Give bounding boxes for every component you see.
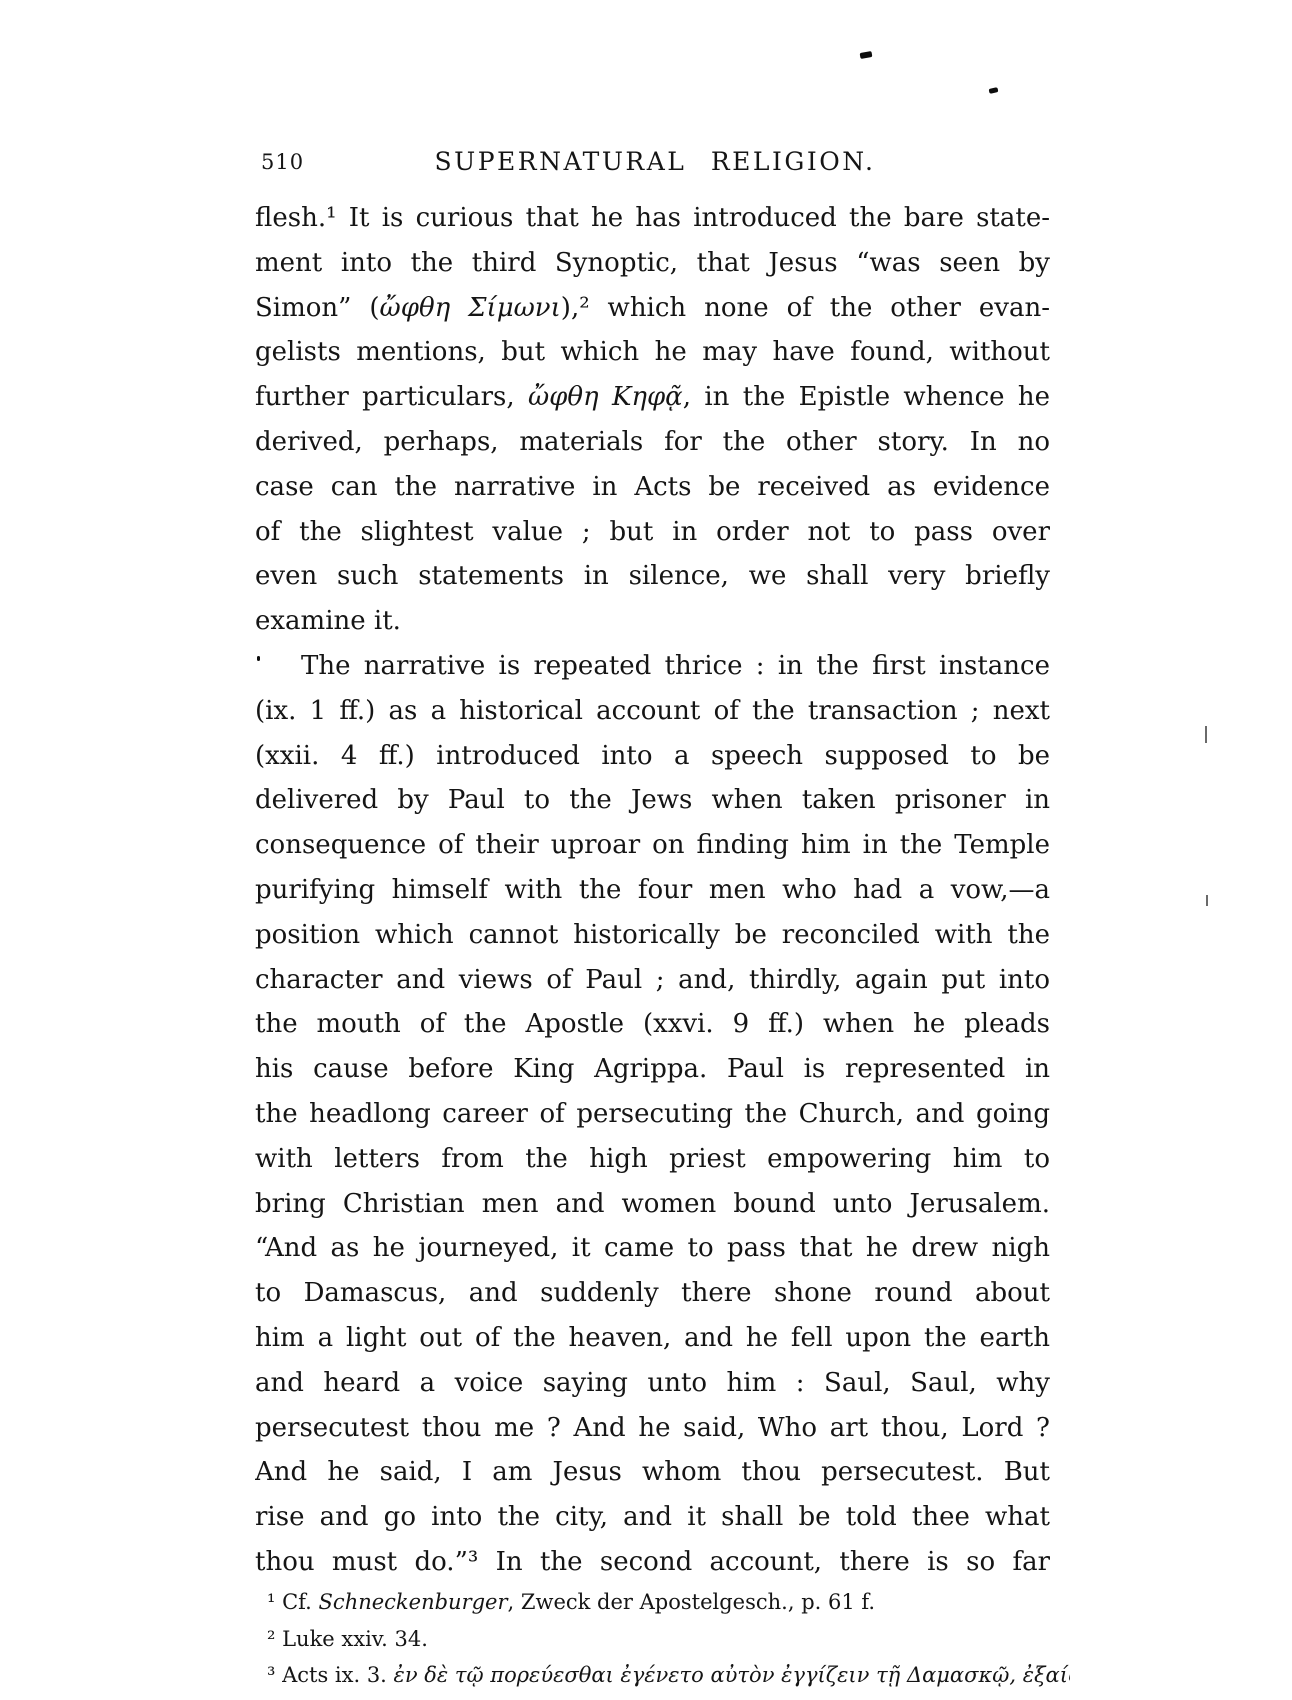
text-segment: with letters from the high priest empowe…: [255, 1144, 1050, 1174]
text-segment: and heard a voice saying unto him : Saul…: [255, 1368, 1050, 1398]
text-line: The narrative is repeated thrice : in th…: [255, 644, 1050, 689]
text-line: his cause before King Agrippa. Paul is r…: [255, 1047, 1050, 1092]
text-segment: purifying himself with the four men who …: [255, 875, 1050, 905]
text-segment: Simon” (: [255, 293, 380, 323]
text-segment: further particulars,: [255, 382, 528, 412]
text-line: position which cannot historically be re…: [255, 913, 1050, 958]
text-line: case can the narrative in Acts be receiv…: [255, 465, 1050, 510]
text-line: delivered by Paul to the Jews when taken…: [255, 778, 1050, 823]
text-line: (xxii. 4 ff.) introduced into a speech s…: [255, 734, 1050, 779]
text-line: And he said, I am Jesus whom thou persec…: [255, 1450, 1050, 1495]
text-segment: examine it.: [255, 606, 401, 636]
text-segment: consequence of their uproar on finding h…: [255, 830, 1050, 860]
text-segment: case can the narrative in Acts be receiv…: [255, 472, 1050, 502]
text-line: consequence of their uproar on finding h…: [255, 823, 1050, 868]
text-line: of the slightest value ; but in order no…: [255, 510, 1050, 555]
text-segment: And he said, I am Jesus whom thou persec…: [255, 1457, 1050, 1487]
text-line: bring Christian men and women bound unto…: [255, 1182, 1050, 1227]
text-line: and heard a voice saying unto him : Saul…: [255, 1361, 1050, 1406]
text-segment: ² Luke xxiv. 34.: [267, 1627, 428, 1651]
text-segment: ment into the third Synoptic, that Jesus…: [255, 248, 1050, 278]
text-line: examine it.: [255, 599, 1050, 644]
text-line: him a light out of the heaven, and he fe…: [255, 1316, 1050, 1361]
text-line: derived, perhaps, materials for the othe…: [255, 420, 1050, 465]
text-segment: gelists mentions, but which he may have …: [255, 337, 1050, 367]
italic-text-segment: ὤφθη Σίμωνι: [380, 293, 561, 323]
footnote-line: ² Luke xxiv. 34.: [255, 1621, 1070, 1658]
text-segment: him a light out of the heaven, and he fe…: [255, 1323, 1050, 1353]
page-body-text: flesh.¹ It is curious that he has introd…: [255, 196, 1050, 1585]
scan-tick: [1205, 726, 1207, 743]
text-line: with letters from the high priest empowe…: [255, 1137, 1050, 1182]
scan-speck: [257, 656, 260, 661]
text-segment: character and views of Paul ; and, third…: [255, 965, 1050, 995]
text-line: Simon” (ὤφθη Σίμωνι),² which none of the…: [255, 286, 1050, 331]
scan-tick: [1206, 895, 1208, 906]
text-segment: derived, perhaps, materials for the othe…: [255, 427, 1050, 457]
text-segment: flesh.¹ It is curious that he has introd…: [255, 203, 1050, 233]
text-line: “And as he journeyed, it came to pass th…: [255, 1226, 1050, 1271]
text-segment: (ix. 1 ff.) as a historical account of t…: [255, 696, 1050, 726]
text-line: to Damascus, and suddenly there shone ro…: [255, 1271, 1050, 1316]
text-segment: , Zweck der Apostelgesch., p. 61 f.: [508, 1590, 876, 1614]
text-line: flesh.¹ It is curious that he has introd…: [255, 196, 1050, 241]
text-line: the mouth of the Apostle (xxvi. 9 ff.) w…: [255, 1002, 1050, 1047]
text-segment: ³ Acts ix. 3.: [267, 1663, 394, 1687]
italic-text-segment: ἐν δὲ τῷ πορεύεσθαι ἐγένετο αὐτὸν ἐγγίζε…: [394, 1663, 1070, 1687]
text-line: rise and go into the city, and it shall …: [255, 1495, 1050, 1540]
text-line: character and views of Paul ; and, third…: [255, 958, 1050, 1003]
text-segment: delivered by Paul to the Jews when taken…: [255, 785, 1050, 815]
text-segment: persecutest thou me ? And he said, Who a…: [255, 1413, 1050, 1443]
text-segment: The narrative is repeated thrice : in th…: [301, 651, 1050, 681]
footnote-line: ³ Acts ix. 3. ἐν δὲ τῷ πορεύεσθαι ἐγένετ…: [255, 1657, 1070, 1694]
text-segment: to Damascus, and suddenly there shone ro…: [255, 1278, 1050, 1308]
scan-speck: [860, 51, 873, 59]
footnotes-section: ¹ Cf. Schneckenburger, Zweck der Apostel…: [255, 1584, 1070, 1694]
text-segment: (xxii. 4 ff.) introduced into a speech s…: [255, 741, 1050, 771]
text-segment: of the slightest value ; but in order no…: [255, 517, 1050, 547]
text-segment: “And as he journeyed, it came to pass th…: [255, 1233, 1050, 1263]
text-line: even such statements in silence, we shal…: [255, 554, 1050, 599]
text-segment: , in the Epistle whence he: [683, 382, 1050, 412]
text-segment: his cause before King Agrippa. Paul is r…: [255, 1054, 1050, 1084]
text-line: thou must do.”³ In the second account, t…: [255, 1540, 1050, 1585]
italic-text-segment: Schneckenburger: [319, 1590, 508, 1614]
text-line: further particulars, ὤφθη Κηφᾷ, in the E…: [255, 375, 1050, 420]
footnote-line: ¹ Cf. Schneckenburger, Zweck der Apostel…: [255, 1584, 1070, 1621]
text-line: gelists mentions, but which he may have …: [255, 330, 1050, 375]
text-segment: the mouth of the Apostle (xxvi. 9 ff.) w…: [255, 1009, 1050, 1039]
italic-text-segment: ὤφθη Κηφᾷ: [528, 382, 683, 412]
text-line: purifying himself with the four men who …: [255, 868, 1050, 913]
text-line: persecutest thou me ? And he said, Who a…: [255, 1406, 1050, 1451]
text-segment: thou must do.”³ In the second account, t…: [255, 1547, 1050, 1577]
text-segment: the headlong career of persecuting the C…: [255, 1099, 1050, 1129]
scan-speck: [989, 87, 999, 94]
text-segment: ),² which none of the other evan-: [561, 293, 1050, 323]
text-segment: rise and go into the city, and it shall …: [255, 1502, 1050, 1532]
text-segment: ¹ Cf.: [267, 1590, 319, 1614]
text-segment: bring Christian men and women bound unto…: [255, 1189, 1050, 1219]
book-page: 510 SUPERNATURAL RELIGION. flesh.¹ It is…: [0, 0, 1292, 1700]
text-segment: position which cannot historically be re…: [255, 920, 1050, 950]
text-line: (ix. 1 ff.) as a historical account of t…: [255, 689, 1050, 734]
text-line: the headlong career of persecuting the C…: [255, 1092, 1050, 1137]
text-segment: even such statements in silence, we shal…: [255, 561, 1050, 591]
text-line: ment into the third Synoptic, that Jesus…: [255, 241, 1050, 286]
running-header-title: SUPERNATURAL RELIGION.: [255, 147, 1055, 176]
